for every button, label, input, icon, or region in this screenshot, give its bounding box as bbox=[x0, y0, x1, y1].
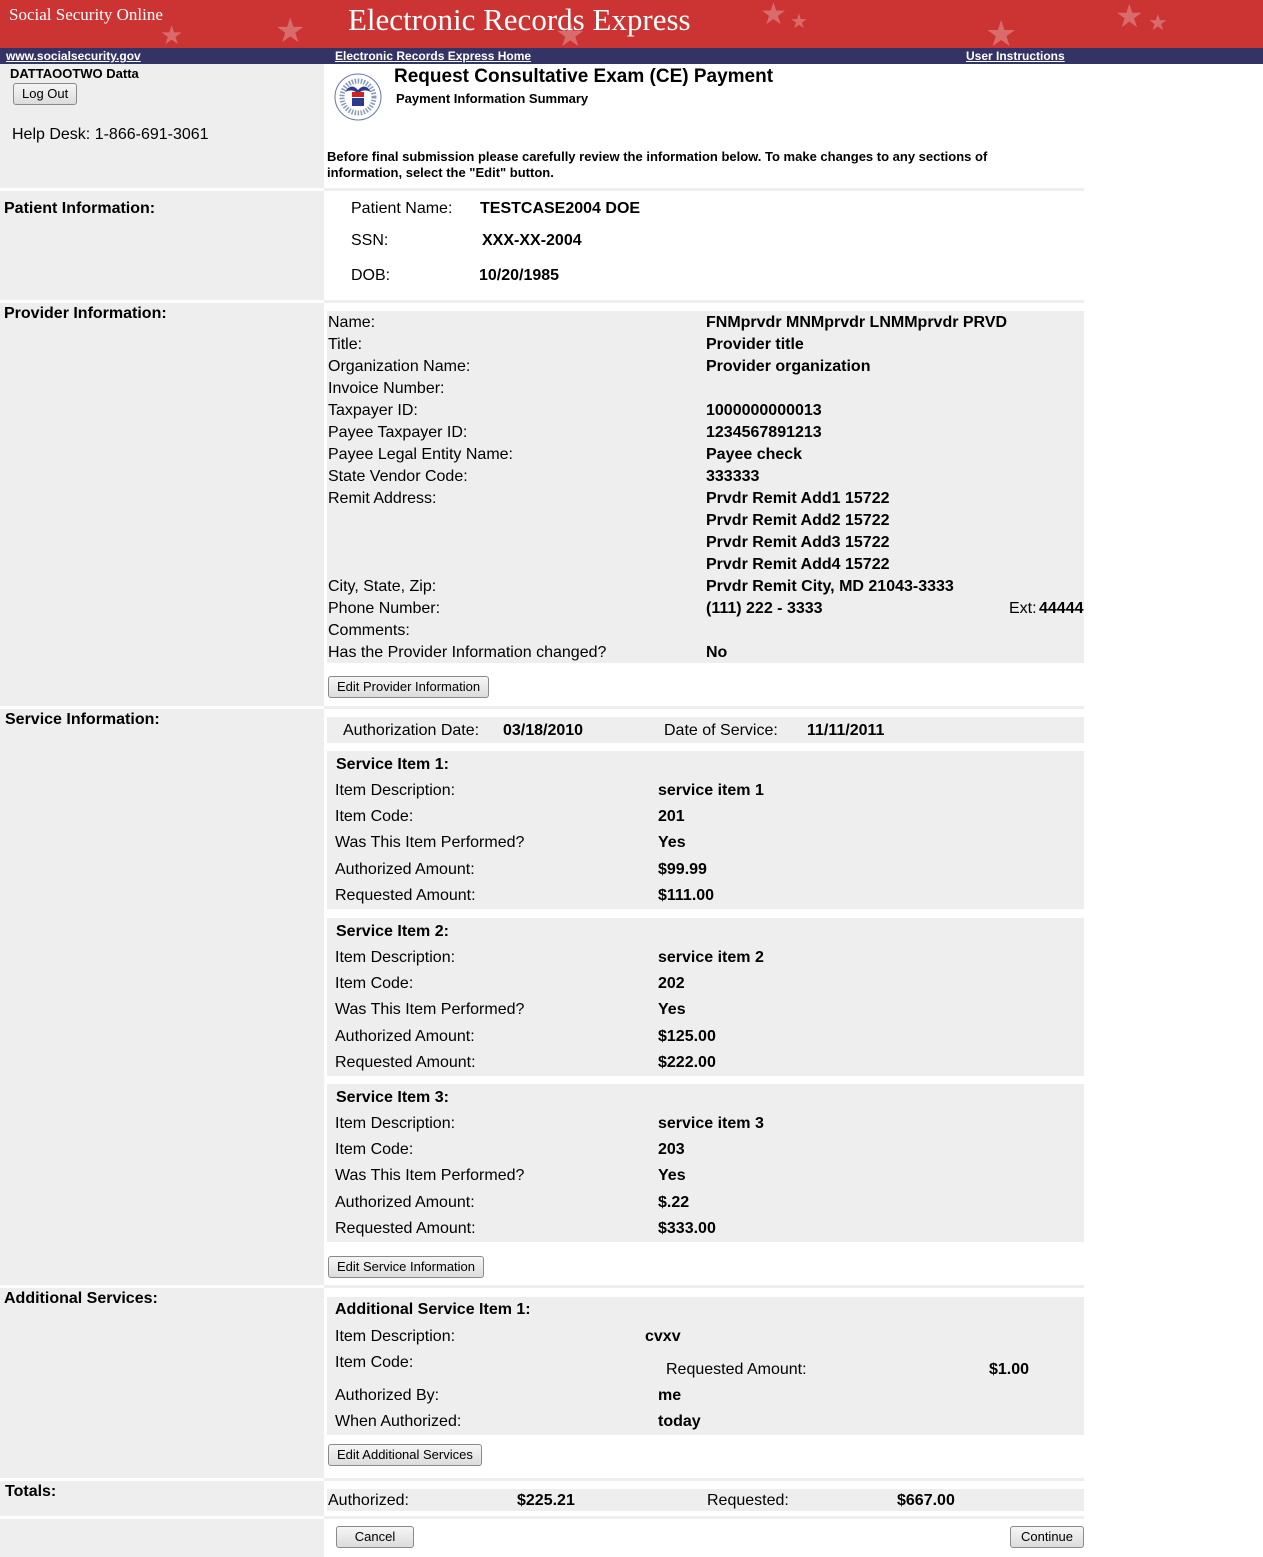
additional-desc-value: cvxv bbox=[645, 1328, 681, 1346]
service-field-label: Authorized Amount: bbox=[335, 1194, 475, 1212]
when-authorized-value: today bbox=[658, 1413, 701, 1431]
auth-date-label: Authorization Date: bbox=[343, 722, 479, 740]
ext-value: 44444 bbox=[1039, 600, 1084, 618]
star-decoration-icon: ★ bbox=[160, 22, 183, 48]
provider-field-value: Prvdr Remit Add2 15722 bbox=[706, 512, 889, 530]
auth-date-value: 03/18/2010 bbox=[503, 722, 583, 740]
divider bbox=[324, 1516, 1084, 1519]
star-decoration-icon: ★ bbox=[275, 14, 305, 48]
service-field-label: Authorized Amount: bbox=[335, 861, 475, 879]
provider-field-value: No bbox=[706, 644, 727, 662]
provider-field-value: Prvdr Remit Add4 15722 bbox=[706, 556, 889, 574]
service-field-value: service item 2 bbox=[658, 949, 764, 967]
section-label-patient: Patient Information: bbox=[4, 200, 155, 218]
service-field-value: $333.00 bbox=[658, 1220, 716, 1238]
service-field-label: Item Code: bbox=[335, 975, 413, 993]
page-subtitle: Payment Information Summary bbox=[396, 91, 588, 106]
star-decoration-icon: ★ bbox=[1115, 0, 1144, 32]
provider-field-label: Organization Name: bbox=[328, 358, 470, 376]
provider-field-value: Prvdr Remit Add3 15722 bbox=[706, 534, 889, 552]
section-label-provider: Provider Information: bbox=[4, 305, 167, 323]
service-field-value: $99.99 bbox=[658, 861, 707, 879]
patient-name-label: Patient Name: bbox=[351, 200, 452, 218]
provider-field-label: Phone Number: bbox=[328, 600, 440, 618]
additional-requested-label: Requested Amount: bbox=[666, 1361, 807, 1379]
provider-field-value: Provider organization bbox=[706, 358, 870, 376]
socialsecurity-gov-link[interactable]: www.socialsecurity.gov bbox=[6, 49, 141, 63]
totals-section-label-cell: Totals: bbox=[0, 1481, 324, 1516]
provider-field-value: 1234567891213 bbox=[706, 424, 822, 442]
service-field-label: Was This Item Performed? bbox=[335, 1001, 524, 1019]
user-panel: DATTAOOTWO Datta Log Out Help Desk: 1-86… bbox=[0, 64, 324, 188]
divider bbox=[324, 706, 1084, 709]
service-date-label: Date of Service: bbox=[664, 722, 778, 740]
service-field-label: Requested Amount: bbox=[335, 1054, 476, 1072]
authorized-by-label: Authorized By: bbox=[335, 1387, 439, 1405]
provider-field-value: Payee check bbox=[706, 446, 802, 464]
ere-home-link[interactable]: Electronic Records Express Home bbox=[335, 49, 531, 63]
service-field-label: Item Description: bbox=[335, 782, 455, 800]
additional-item-title: Additional Service Item 1: bbox=[335, 1301, 531, 1319]
dob-value: 10/20/1985 bbox=[479, 267, 559, 285]
service-item: Service Item 3:Item Description:service … bbox=[327, 1084, 1084, 1242]
service-field-value: service item 1 bbox=[658, 782, 764, 800]
star-decoration-icon: ★ bbox=[1148, 12, 1168, 34]
provider-field-label: City, State, Zip: bbox=[328, 578, 436, 596]
helpdesk-phone: Help Desk: 1-866-691-3061 bbox=[12, 126, 209, 144]
service-field-value: $.22 bbox=[658, 1194, 689, 1212]
divider bbox=[324, 300, 1084, 303]
site-banner: ★ ★ ★ ★ ★ ★ ★ ★ Social Security Online E… bbox=[0, 0, 1263, 48]
provider-field-value: (111) 222 - 3333 bbox=[706, 600, 823, 618]
section-label-service: Service Information: bbox=[5, 711, 160, 729]
provider-field-value: 333333 bbox=[706, 468, 759, 486]
total-authorized-label: Authorized: bbox=[328, 1492, 409, 1510]
service-item-title: Service Item 3: bbox=[336, 1089, 449, 1107]
edit-provider-button[interactable]: Edit Provider Information bbox=[328, 676, 489, 698]
continue-button[interactable]: Continue bbox=[1010, 1526, 1084, 1548]
top-nav: www.socialsecurity.gov Electronic Record… bbox=[0, 48, 1263, 64]
totals-box: Authorized: $225.21 Requested: $667.00 bbox=[327, 1489, 1084, 1511]
additional-code-label: Item Code: bbox=[335, 1354, 413, 1372]
provider-field-value: 1000000000013 bbox=[706, 402, 822, 420]
provider-info-box: Name:FNMprvdr MNMprvdr LNMMprvdr PRVDTit… bbox=[327, 311, 1084, 663]
site-name: Social Security Online bbox=[9, 5, 163, 25]
additional-requested-value: $1.00 bbox=[989, 1361, 1029, 1379]
when-authorized-label: When Authorized: bbox=[335, 1413, 461, 1431]
provider-field-label: Name: bbox=[328, 314, 375, 332]
ext-label: Ext: bbox=[1009, 600, 1037, 618]
service-field-value: Yes bbox=[658, 1001, 686, 1019]
service-field-label: Authorized Amount: bbox=[335, 1028, 475, 1046]
section-label-totals: Totals: bbox=[5, 1483, 56, 1501]
provider-field-label: Payee Legal Entity Name: bbox=[328, 446, 513, 464]
divider bbox=[324, 188, 1084, 191]
provider-field-value: Prvdr Remit Add1 15722 bbox=[706, 490, 889, 508]
service-field-value: 202 bbox=[658, 975, 685, 993]
dob-label: DOB: bbox=[351, 267, 390, 285]
divider bbox=[324, 1285, 1084, 1288]
provider-field-label: Title: bbox=[328, 336, 362, 354]
service-field-value: $111.00 bbox=[658, 887, 714, 905]
service-field-label: Requested Amount: bbox=[335, 887, 476, 905]
provider-section-label-cell: Provider Information: bbox=[0, 303, 324, 706]
page-title: Request Consultative Exam (CE) Payment bbox=[394, 66, 773, 88]
service-date-value: 11/11/2011 bbox=[807, 722, 884, 740]
provider-field-value: Prvdr Remit City, MD 21043-3333 bbox=[706, 578, 954, 596]
service-field-value: $125.00 bbox=[658, 1028, 716, 1046]
service-dates-box: Authorization Date: 03/18/2010 Date of S… bbox=[327, 717, 1084, 743]
service-item-title: Service Item 1: bbox=[336, 756, 449, 774]
patient-section-label-cell: Patient Information: bbox=[0, 191, 324, 300]
service-field-label: Was This Item Performed? bbox=[335, 1167, 524, 1185]
total-requested-value: $667.00 bbox=[897, 1492, 955, 1510]
service-field-value: 203 bbox=[658, 1141, 685, 1159]
intro-text: Before final submission please carefully… bbox=[327, 149, 1047, 181]
logout-button[interactable]: Log Out bbox=[13, 83, 77, 105]
service-field-label: Item Description: bbox=[335, 1115, 455, 1133]
star-decoration-icon: ★ bbox=[985, 16, 1017, 48]
provider-field-label: Has the Provider Information changed? bbox=[328, 644, 606, 662]
section-label-additional: Additional Services: bbox=[4, 1290, 158, 1308]
service-section-label-cell: Service Information: bbox=[0, 709, 324, 1285]
provider-field-value: Provider title bbox=[706, 336, 804, 354]
provider-field-label: Comments: bbox=[328, 622, 410, 640]
provider-field-label: Taxpayer ID: bbox=[328, 402, 418, 420]
patient-name-value: TESTCASE2004 DOE bbox=[480, 200, 640, 218]
app-title: Electronic Records Express bbox=[348, 2, 691, 38]
ssn-label: SSN: bbox=[351, 232, 388, 250]
divider bbox=[324, 1478, 1084, 1481]
edit-service-button[interactable]: Edit Service Information bbox=[328, 1256, 484, 1278]
total-requested-label: Requested: bbox=[707, 1492, 789, 1510]
service-field-value: $222.00 bbox=[658, 1054, 716, 1072]
service-field-label: Item Code: bbox=[335, 808, 413, 826]
ssn-value: XXX-XX-2004 bbox=[482, 232, 582, 250]
user-name: DATTAOOTWO Datta bbox=[10, 66, 139, 81]
provider-field-label: Payee Taxpayer ID: bbox=[328, 424, 467, 442]
service-field-label: Item Code: bbox=[335, 1141, 413, 1159]
service-field-value: Yes bbox=[658, 834, 686, 852]
provider-field-label: State Vendor Code: bbox=[328, 468, 468, 486]
additional-desc-label: Item Description: bbox=[335, 1328, 455, 1346]
service-field-label: Requested Amount: bbox=[335, 1220, 476, 1238]
ssa-seal-icon bbox=[333, 72, 383, 122]
provider-field-label: Remit Address: bbox=[328, 490, 436, 508]
provider-field-label: Invoice Number: bbox=[328, 380, 445, 398]
service-field-value: Yes bbox=[658, 1167, 686, 1185]
service-field-label: Item Description: bbox=[335, 949, 455, 967]
user-instructions-link[interactable]: User Instructions bbox=[966, 49, 1065, 63]
service-item-title: Service Item 2: bbox=[336, 923, 449, 941]
actions-label-cell bbox=[0, 1519, 324, 1557]
cancel-button[interactable]: Cancel bbox=[336, 1526, 414, 1548]
additional-service-item: Additional Service Item 1: Item Descript… bbox=[327, 1297, 1084, 1435]
service-item: Service Item 1:Item Description:service … bbox=[327, 751, 1084, 909]
total-authorized-value: $225.21 bbox=[517, 1492, 575, 1510]
star-decoration-icon: ★ bbox=[760, 0, 787, 30]
service-field-value: 201 bbox=[658, 808, 685, 826]
service-field-value: service item 3 bbox=[658, 1115, 764, 1133]
edit-additional-button[interactable]: Edit Additional Services bbox=[328, 1444, 482, 1466]
authorized-by-value: me bbox=[658, 1387, 681, 1405]
star-decoration-icon: ★ bbox=[790, 12, 808, 32]
service-field-label: Was This Item Performed? bbox=[335, 834, 524, 852]
additional-section-label-cell: Additional Services: bbox=[0, 1288, 324, 1478]
service-item: Service Item 2:Item Description:service … bbox=[327, 918, 1084, 1076]
provider-field-value: FNMprvdr MNMprvdr LNMMprvdr PRVD bbox=[706, 314, 1007, 332]
